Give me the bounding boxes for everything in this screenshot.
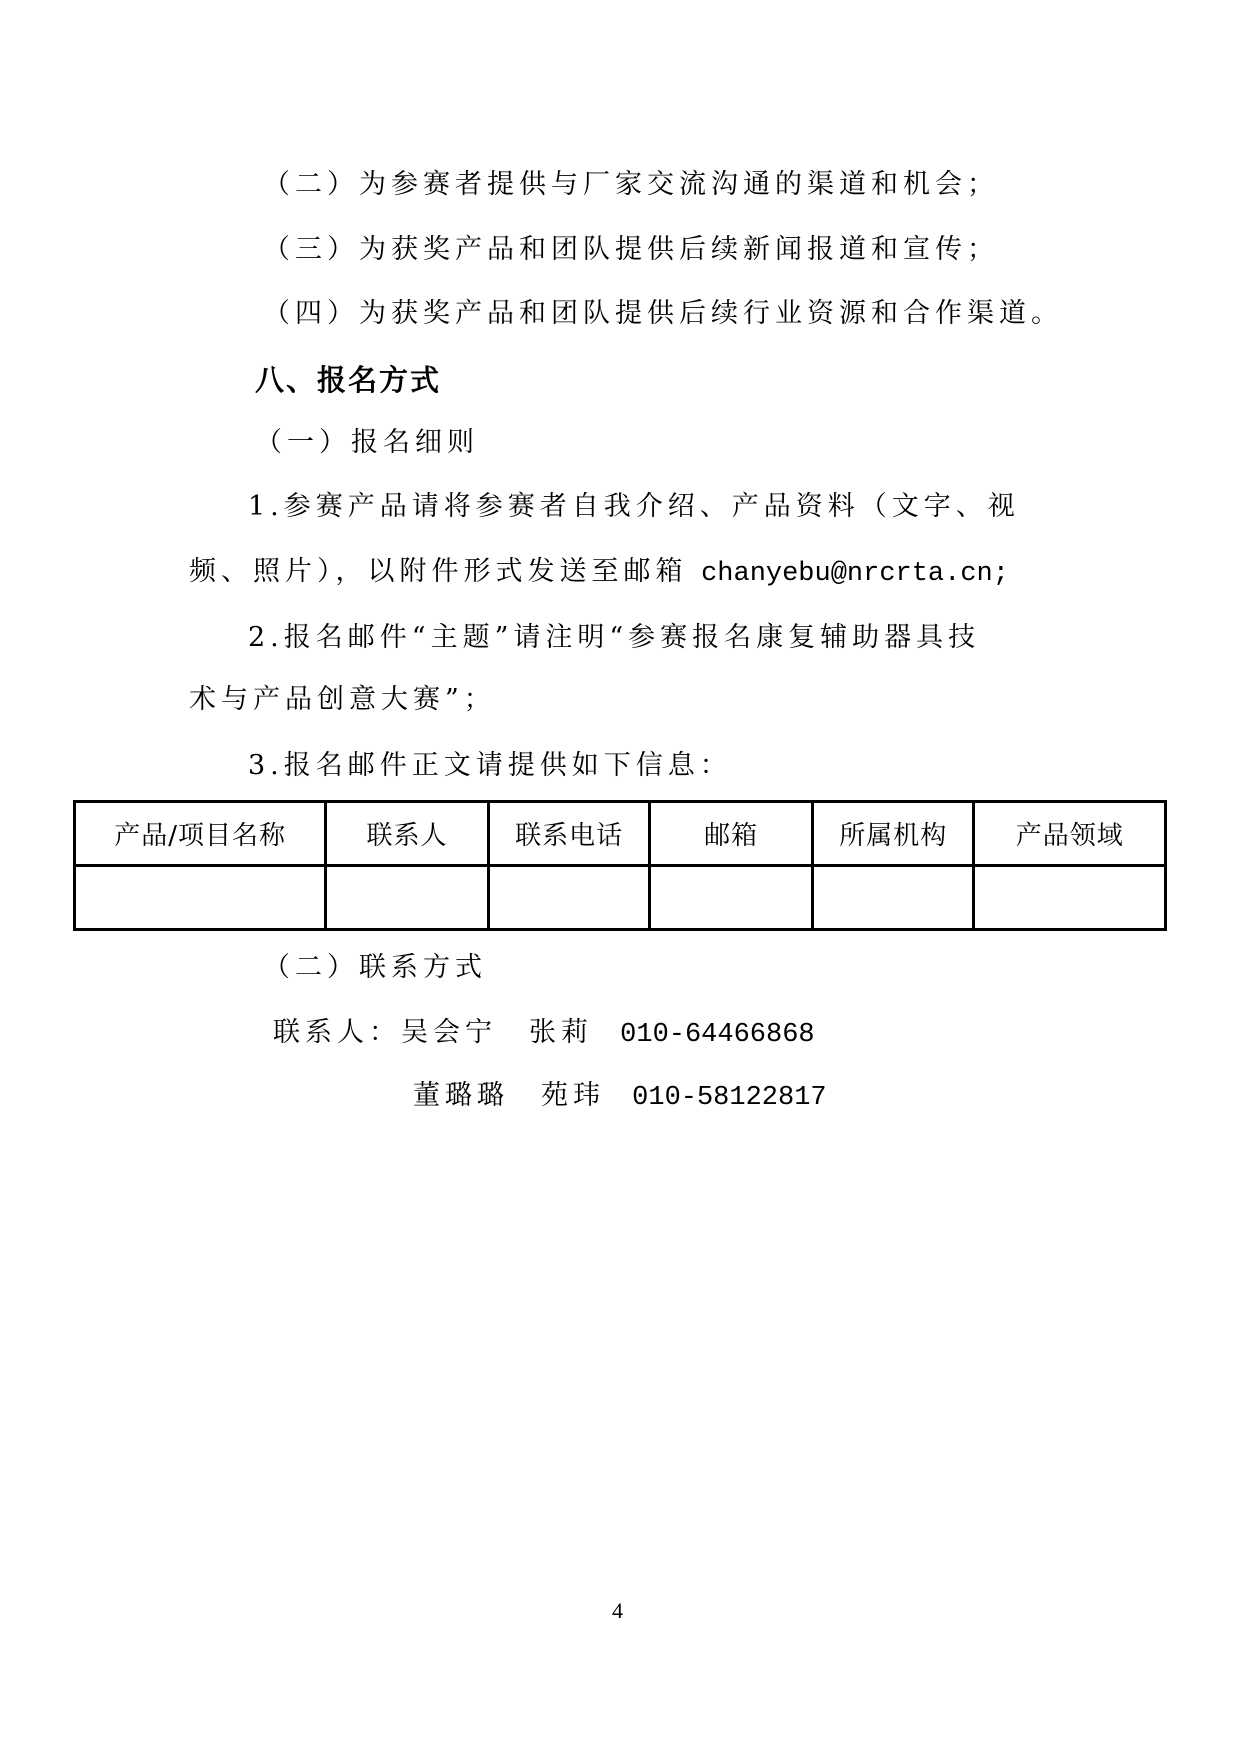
cell-phone — [488, 866, 650, 930]
rule-1-line-1: 1.参赛产品请将参赛者自我介绍、产品资料（文字、视 — [248, 489, 1020, 525]
item-3: （三）为获奖产品和团队提供后续新闻报道和宣传； — [263, 232, 999, 268]
contact-names-1: 吴会宁 张莉 — [401, 1017, 593, 1048]
rule-1-line-2: 频、照片），以附件形式发送至邮箱 chanyebu@nrcrta.cn; — [189, 554, 1009, 592]
contact-names-2: 董璐璐 苑玮 — [413, 1080, 605, 1111]
cell-email — [650, 866, 813, 930]
cell-product-name — [75, 866, 326, 930]
contact-line-2: 董璐璐 苑玮 010-58122817 — [413, 1078, 827, 1116]
item-2: （二）为参赛者提供与厂家交流沟通的渠道和机会； — [263, 167, 999, 203]
cell-product-field — [974, 866, 1166, 930]
contact-line-1: 联系人：吴会宁 张莉 010-64466868 — [273, 1015, 815, 1053]
contact-phone-2: 010-58122817 — [632, 1083, 826, 1113]
subsection-title-rules: （一）报名细则 — [255, 425, 479, 461]
header-phone: 联系电话 — [488, 802, 650, 866]
table-header-row: 产品/项目名称 联系人 联系电话 邮箱 所属机构 产品领域 — [75, 802, 1166, 866]
header-email: 邮箱 — [650, 802, 813, 866]
header-contact-person: 联系人 — [326, 802, 489, 866]
item-4: （四）为获奖产品和团队提供后续行业资源和合作渠道。 — [263, 296, 1063, 332]
header-product-field: 产品领域 — [974, 802, 1166, 866]
rule-2-line-1: 2.报名邮件“主题”请注明“参赛报名康复辅助器具技 — [248, 620, 980, 656]
cell-organization — [812, 866, 974, 930]
subsection-title-contact: （二）联系方式 — [263, 950, 487, 986]
table-row — [75, 866, 1166, 930]
page-number: 4 — [612, 1598, 623, 1624]
header-product-name: 产品/项目名称 — [75, 802, 326, 866]
contact-label: 联系人： — [273, 1017, 401, 1048]
rule-1-text: 频、照片），以附件形式发送至邮箱 — [189, 556, 688, 587]
section-heading: 八、报名方式 — [255, 362, 441, 398]
rule-2-line-2: 术与产品创意大赛”； — [189, 682, 496, 718]
rule-3: 3.报名邮件正文请提供如下信息： — [248, 748, 732, 784]
header-organization: 所属机构 — [812, 802, 974, 866]
email-link[interactable]: chanyebu@nrcrta.cn; — [701, 559, 1009, 589]
cell-contact-person — [326, 866, 489, 930]
contact-phone-1: 010-64466868 — [620, 1020, 814, 1050]
registration-info-table: 产品/项目名称 联系人 联系电话 邮箱 所属机构 产品领域 — [73, 800, 1167, 931]
